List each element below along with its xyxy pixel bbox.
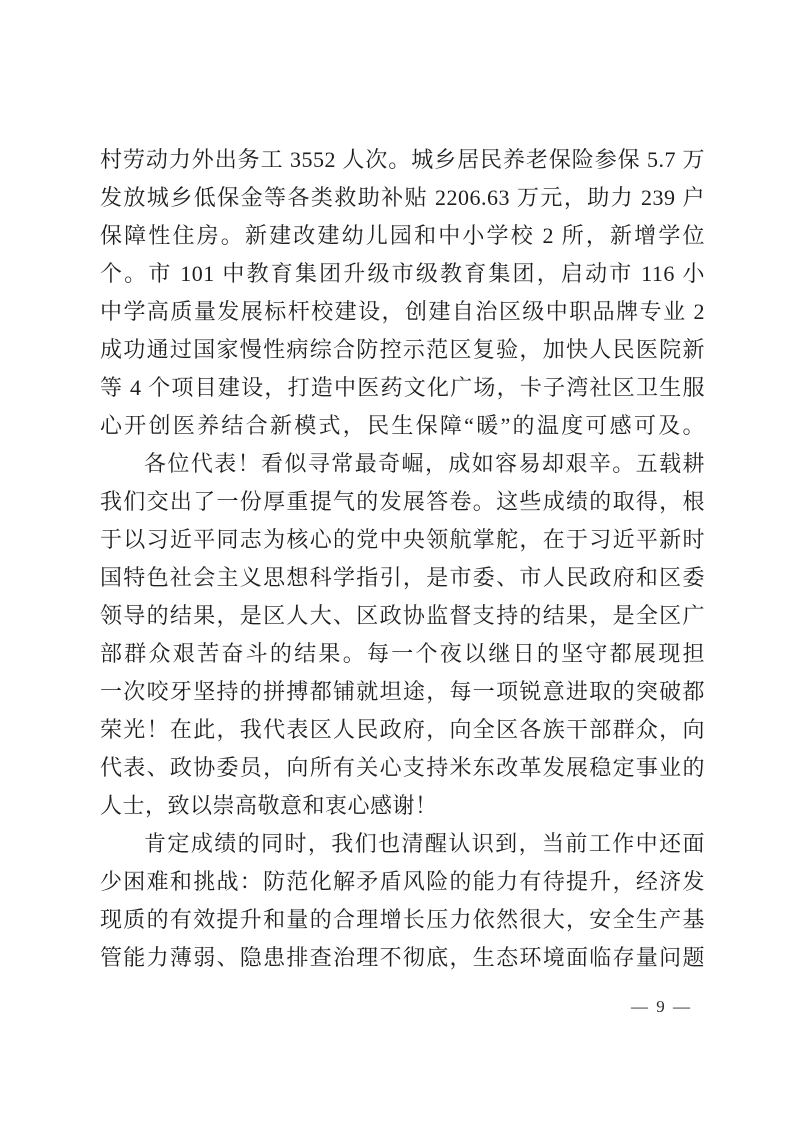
text-line: 代表、政协委员，向所有关心支持米东改革发展稳定事业的各界 bbox=[100, 749, 705, 787]
text-line: 领导的结果，是区人大、区政协监督支持的结果，是全区广大干 bbox=[100, 597, 705, 635]
text-line: 各位代表！看似寻常最奇崛，成如容易却艰辛。五载耕耘， bbox=[100, 445, 705, 483]
paragraph: 肯定成绩的同时，我们也清醒认识到，当前工作中还面临不 少困难和挑战：防范化解矛盾… bbox=[100, 825, 705, 977]
text-line: 肯定成绩的同时，我们也清醒认识到，当前工作中还面临不 bbox=[100, 825, 705, 863]
text-line: 于以习近平同志为核心的党中央领航掌舵，在于习近平新时代中 bbox=[100, 521, 705, 559]
paragraph: 各位代表！看似寻常最奇崛，成如容易却艰辛。五载耕耘， 我们交出了一份厚重提气的发… bbox=[100, 445, 705, 825]
text-line: 现质的有效提升和量的合理增长压力依然很大，安全生产基层监 bbox=[100, 901, 705, 939]
text-line: 部群众艰苦奋斗的结果。每一个夜以继日的坚守都展现担当，每 bbox=[100, 635, 705, 673]
text-line: 发放城乡低保金等各类救助补贴 2206.63 万元，助力 239 户入住 bbox=[100, 179, 705, 217]
text-line: 国特色社会主义思想科学指引，是市委、市人民政府和区委坚强 bbox=[100, 559, 705, 597]
document-page: 村劳动力外出务工 3552 人次。城乡居民养老保险参保 5.7 万人， 发放城乡… bbox=[0, 0, 793, 1122]
body-text: 村劳动力外出务工 3552 人次。城乡居民养老保险参保 5.7 万人， 发放城乡… bbox=[100, 141, 705, 977]
text-line: 中学高质量发展标杆校建设，创建自治区级中职品牌专业 2 个。 bbox=[100, 293, 705, 331]
text-line: 个。市 101 中教育集团升级市级教育集团，启动市 116 小学、98 bbox=[100, 255, 705, 293]
page-number: — 9 — bbox=[631, 996, 692, 1018]
text-line: 人士，致以崇高敬意和衷心感谢！ bbox=[100, 787, 705, 825]
text-line: 心开创医养结合新模式，民生保障“暖”的温度可感可及。 bbox=[100, 407, 705, 445]
text-line: 荣光！在此，我代表区人民政府，向全区各族干部群众，向人大 bbox=[100, 711, 705, 749]
text-line: 我们交出了一份厚重提气的发展答卷。这些成绩的取得，根本在 bbox=[100, 483, 705, 521]
text-line: 村劳动力外出务工 3552 人次。城乡居民养老保险参保 5.7 万人， bbox=[100, 141, 705, 179]
text-line: 成功通过国家慢性病综合防控示范区复验，加快人民医院新院区 bbox=[100, 331, 705, 369]
text-line: 管能力薄弱、隐患排查治理不彻底，生态环境面临存量问题整治 bbox=[100, 939, 705, 977]
text-line: 少困难和挑战：防范化解矛盾风险的能力有待提升，经济发展实 bbox=[100, 863, 705, 901]
text-line: 保障性住房。新建改建幼儿园和中小学校 2 所，新增学位 1260 bbox=[100, 217, 705, 255]
text-line: 等 4 个项目建设，打造中医药文化广场，卡子湾社区卫生服务中 bbox=[100, 369, 705, 407]
paragraph: 村劳动力外出务工 3552 人次。城乡居民养老保险参保 5.7 万人， 发放城乡… bbox=[100, 141, 705, 445]
text-line: 一次咬牙坚持的拼搏都铺就坦途，每一项锐意进取的突破都铸就 bbox=[100, 673, 705, 711]
